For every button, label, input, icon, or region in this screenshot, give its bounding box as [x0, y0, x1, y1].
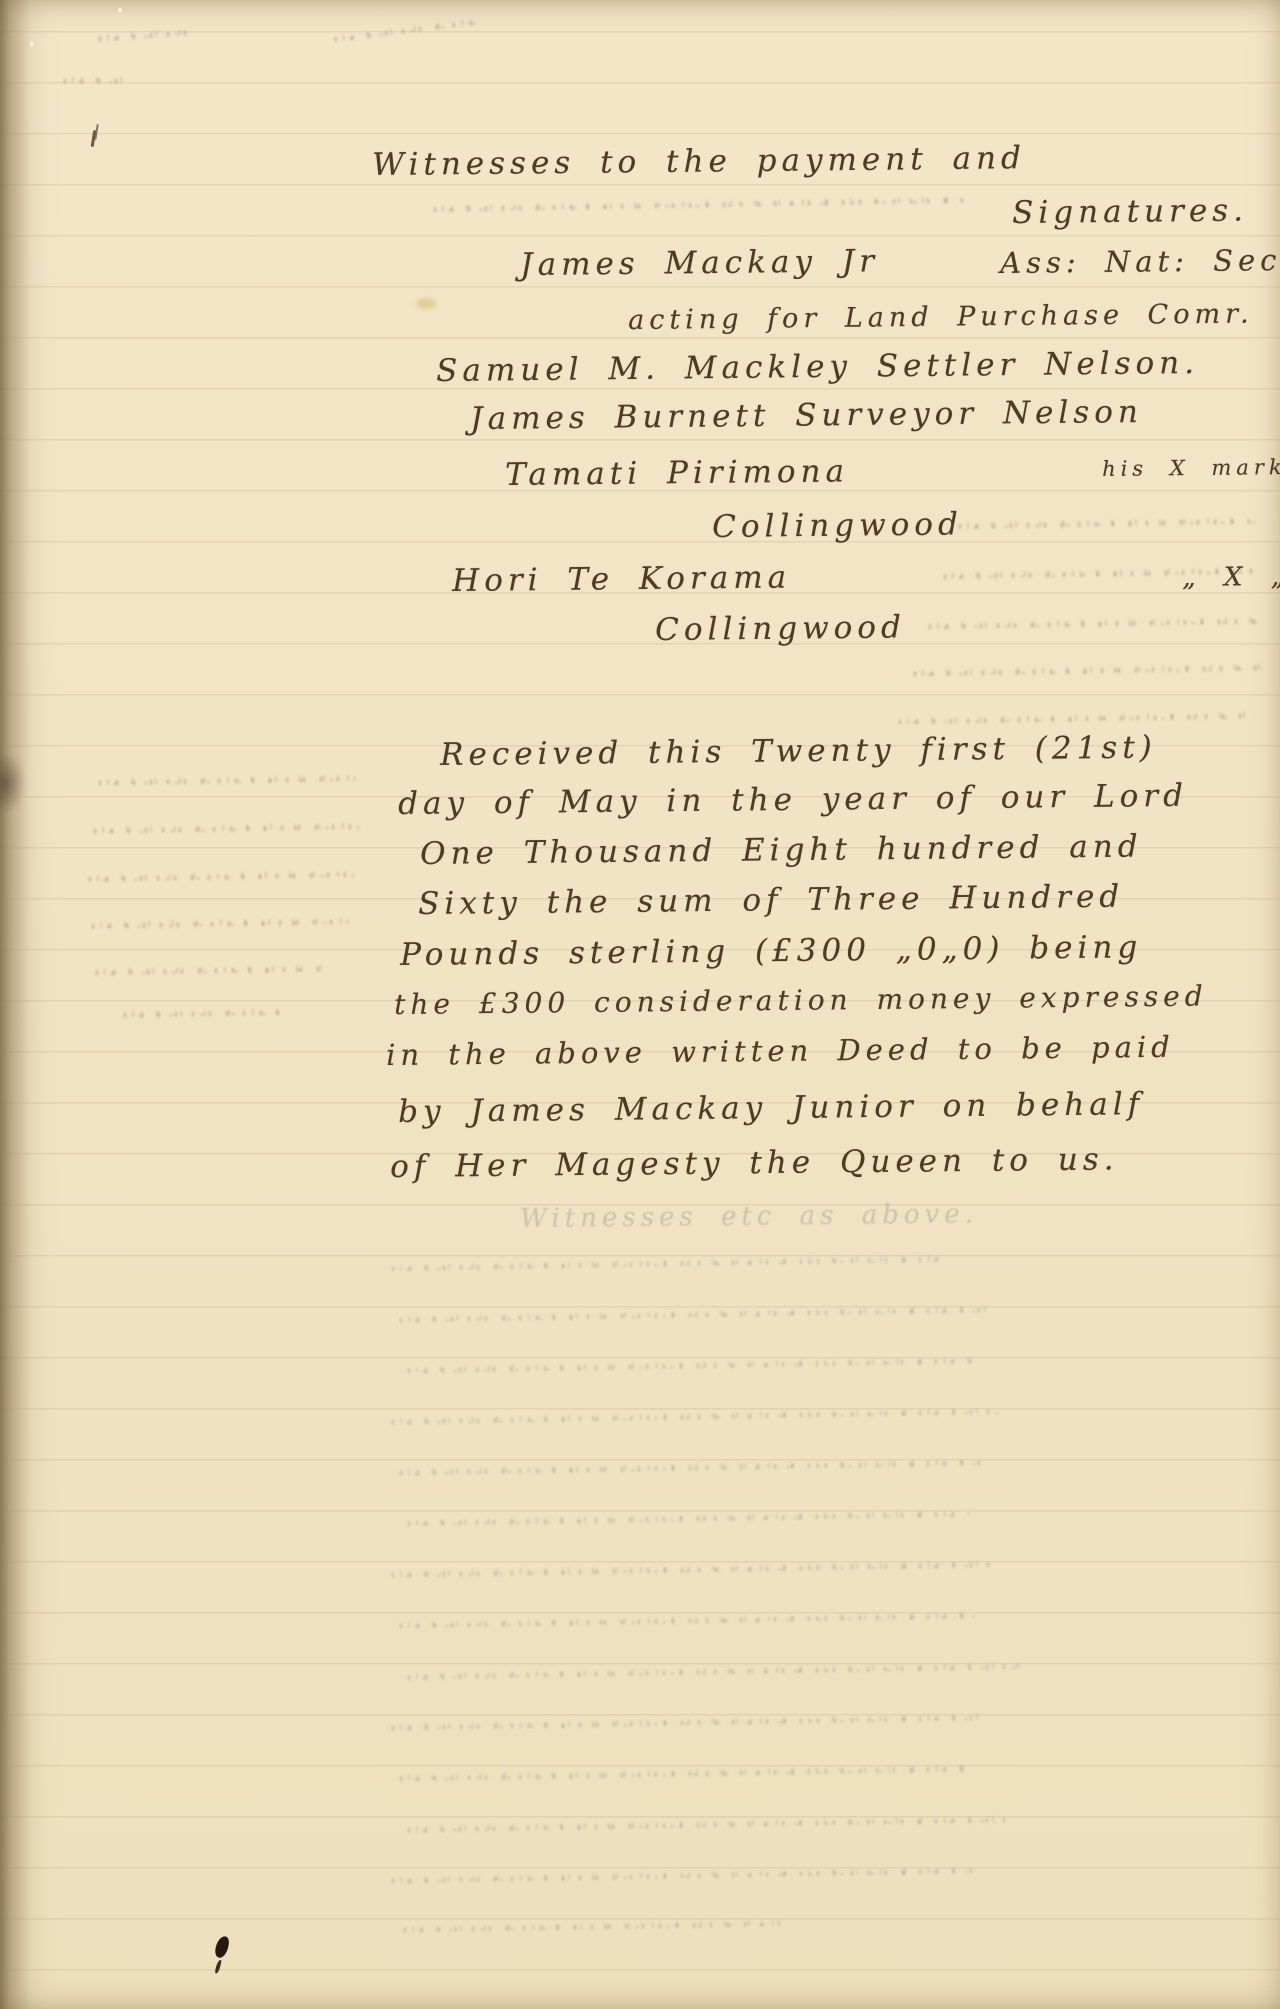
pencil-annotation-line: Witnesses etc as above.	[520, 1200, 978, 1233]
witness-list-line: James Burnett Surveyor Nelson	[470, 395, 1143, 436]
bleedthrough-ghost-line	[404, 1811, 1011, 1839]
witness-list-line: „ X „	[1182, 563, 1280, 593]
bleedthrough-ghost-line	[404, 1658, 1020, 1686]
bleedthrough-ghost-line	[396, 1607, 975, 1634]
paper-speck	[118, 8, 122, 12]
bleedthrough-ghost-line	[330, 13, 481, 48]
receipt-paragraph-line: Received this Twenty first (21st)	[440, 730, 1157, 772]
witness-list-line: Tamati Pirimona	[505, 454, 849, 492]
bleedthrough-ghost-line	[404, 1505, 969, 1532]
witness-list-line: Collingwood	[655, 610, 906, 647]
bleedthrough-ghost-line	[90, 818, 360, 840]
receipt-paragraph-line: in the above written Deed to be paid	[386, 1032, 1175, 1072]
witness-list-line: his X mark	[1102, 456, 1280, 481]
bleedthrough-ghost-line	[895, 707, 1255, 730]
paper-stain	[416, 298, 436, 309]
witness-list-line: Collingwood	[712, 507, 963, 544]
witness-list-line: Ass: Nat: Sec.	[1000, 245, 1280, 280]
bleedthrough-ghost-line	[388, 1862, 972, 1889]
manuscript-page: Witnesses to the payment andSignatures.J…	[0, 0, 1280, 2009]
receipt-paragraph-line: Pounds sterling (£300 „0„0) being	[400, 930, 1142, 972]
bleedthrough-ghost-line	[92, 960, 322, 981]
bleedthrough-ghost-line	[404, 1352, 978, 1379]
bleedthrough-ghost-line	[95, 24, 191, 48]
edge-smudge	[0, 752, 26, 814]
bleedthrough-ghost-line	[85, 866, 360, 888]
receipt-paragraph-line: of Her Magesty the Queen to us.	[390, 1142, 1119, 1184]
witness-list-line: acting for Land Purchase Comr.	[628, 299, 1254, 335]
receipt-paragraph-line: Sixty the sum of Three Hundred	[418, 880, 1124, 921]
witness-list-line: Hori Te Korama	[452, 560, 791, 598]
bleedthrough-ghost-line	[95, 770, 355, 792]
pen-tick-mark	[91, 130, 96, 147]
bleedthrough-ghost-line	[388, 1403, 999, 1431]
bleedthrough-ghost-line	[88, 913, 348, 935]
receipt-paragraph-line: the £300 consideration money expressed	[394, 981, 1208, 1020]
bleedthrough-ghost-line	[925, 612, 1265, 635]
bleedthrough-ghost-line	[388, 1709, 981, 1736]
witness-list-line: Witnesses to the payment and	[372, 141, 1026, 182]
receipt-paragraph-line: day of May in the year of our Lord	[398, 779, 1188, 821]
bleedthrough-ghost-line	[120, 1004, 280, 1024]
witness-list-line: Samuel M. Mackley Settler Nelson.	[436, 346, 1199, 388]
bleedthrough-ghost-line	[955, 512, 1255, 534]
witness-list-line: James Mackay Jr	[520, 244, 879, 282]
bleedthrough-ghost-line	[396, 1760, 966, 1787]
receipt-paragraph-line: by James Mackay Junior on behalf	[398, 1087, 1144, 1129]
bleedthrough-ghost-line	[396, 1454, 984, 1481]
bleedthrough-ghost-line	[430, 191, 970, 217]
bleedthrough-ghost-line	[396, 1301, 993, 1328]
bleedthrough-ghost-line	[388, 1556, 990, 1584]
receipt-paragraph-line: One Thousand Eight hundred and	[420, 829, 1143, 871]
bleedthrough-ghost-line	[910, 659, 1260, 682]
paper-left-edge	[0, 0, 30, 2009]
paper-speck	[30, 42, 34, 46]
bleedthrough-ghost-line	[388, 1250, 948, 1277]
bleedthrough-ghost-line	[60, 72, 130, 89]
witness-list-line: Signatures.	[1012, 194, 1248, 231]
bleedthrough-ghost-line	[400, 1915, 780, 1939]
ink-blot	[214, 1935, 231, 1959]
